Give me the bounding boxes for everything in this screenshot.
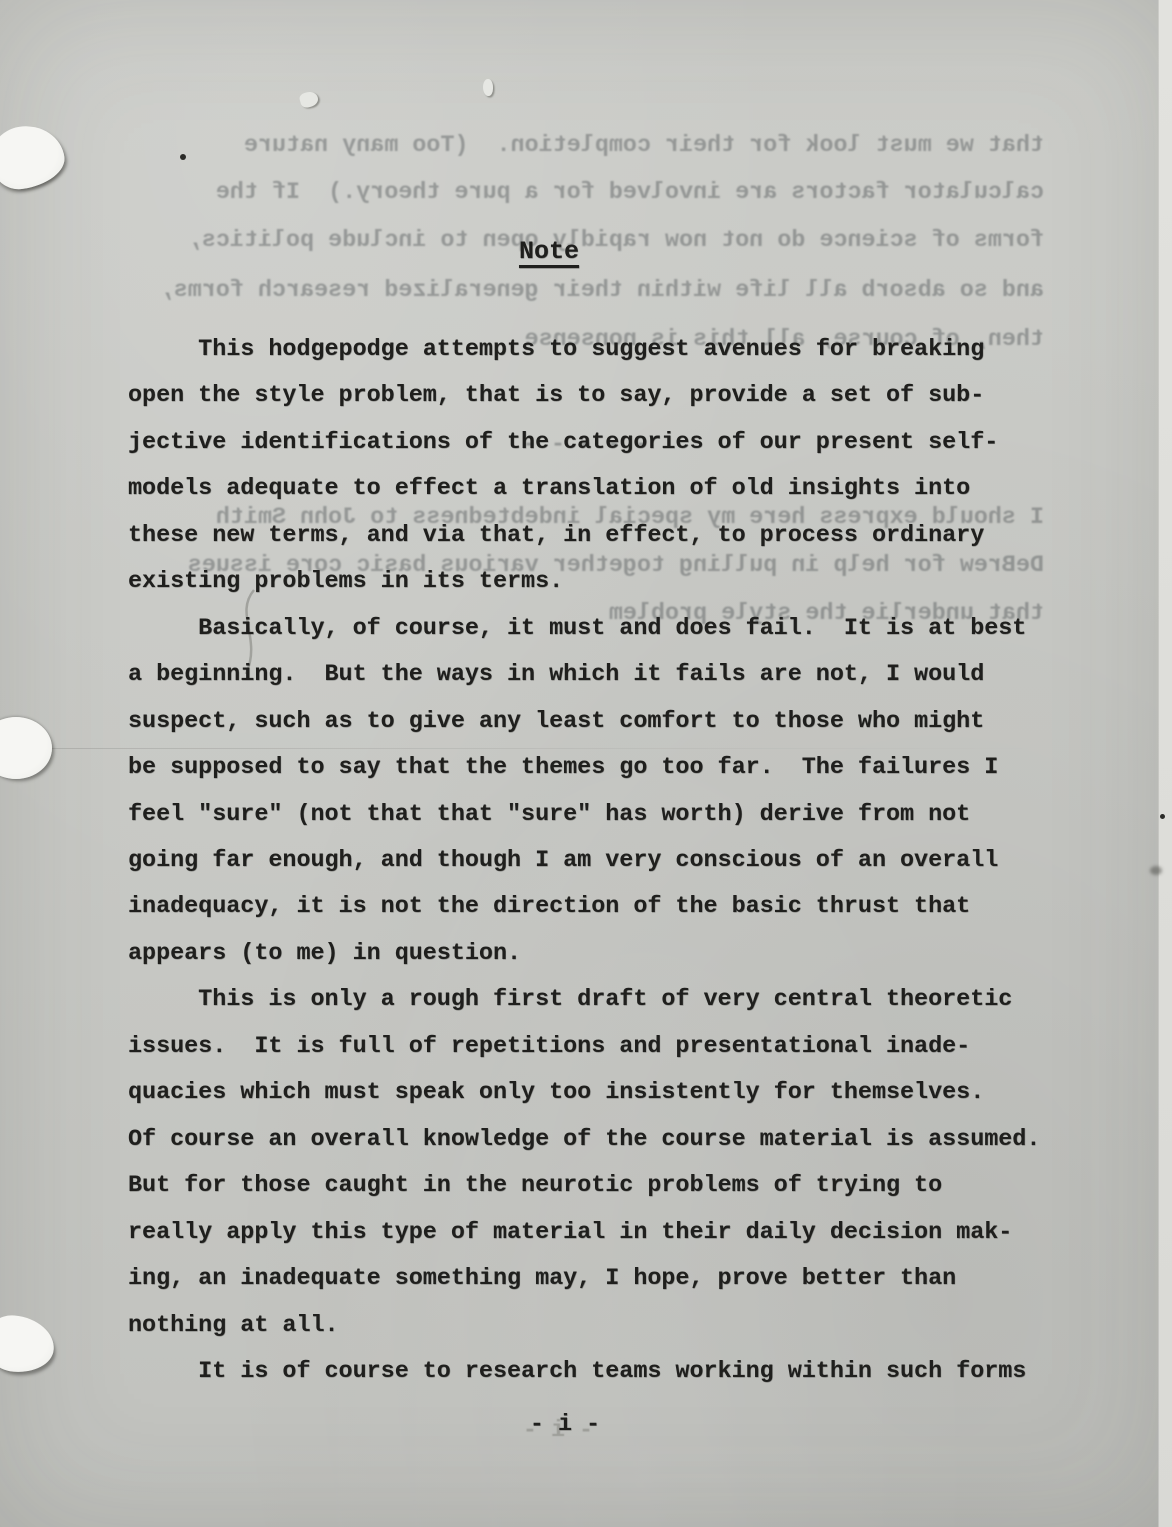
document-body: This hodgepodge attempts to suggest aven… <box>128 327 1072 1395</box>
section-heading: Note <box>0 237 1135 267</box>
typewritten-line: be supposed to say that the themes go to… <box>128 745 1072 791</box>
typewritten-line: ing, an inadequate something may, I hope… <box>128 1256 1072 1302</box>
typewritten-line: jective identifications of the categorie… <box>128 420 1072 466</box>
typewritten-line: Of course an overall knowledge of the co… <box>128 1117 1072 1163</box>
typewritten-line: models adequate to effect a translation … <box>128 466 1072 512</box>
punch-hole-middle <box>0 717 52 779</box>
typewritten-line: feel "sure" (not that that "sure" has wo… <box>128 792 1072 838</box>
typewritten-line: appears (to me) in question. <box>128 931 1072 977</box>
typewritten-line: This is only a rough first draft of very… <box>128 977 1072 1023</box>
typewritten-line: existing problems in its terms. <box>128 559 1072 605</box>
scanned-typewritten-page: that we must look for their completion. … <box>0 0 1172 1527</box>
ink-speck <box>180 154 186 160</box>
typewritten-line: really apply this type of material in th… <box>128 1210 1072 1256</box>
typewritten-line: inadequacy, it is not the direction of t… <box>128 884 1072 930</box>
torn-punch-hole-top <box>0 121 68 193</box>
ghost-bleedthrough-line: calculator factors are involved for a pu… <box>128 178 1044 208</box>
paper-edge <box>1158 0 1172 1527</box>
typewritten-line: It is of course to research teams workin… <box>128 1349 1072 1395</box>
typewritten-line: But for those caught in the neurotic pro… <box>128 1163 1072 1209</box>
typewritten-line: This hodgepodge attempts to suggest aven… <box>128 327 1072 373</box>
typewritten-line: these new terms, and via that, in effect… <box>128 513 1072 559</box>
paper-emboss-mark <box>483 79 493 96</box>
ink-speck <box>1160 814 1165 819</box>
typewritten-line: nothing at all. <box>128 1303 1072 1349</box>
ink-smudge <box>1150 866 1162 875</box>
typewritten-line: issues. It is full of repetitions and pr… <box>128 1024 1072 1070</box>
typewritten-line: open the style problem, that is to say, … <box>128 373 1072 419</box>
torn-punch-hole-bottom <box>0 1313 56 1375</box>
typewritten-line: Basically, of course, it must and does f… <box>128 606 1072 652</box>
ghost-bleedthrough-line: that we must look for their completion. … <box>128 131 1044 161</box>
typewritten-line: quacies which must speak only too insist… <box>128 1070 1072 1116</box>
ghost-bleedthrough-line: and so absorb all life within their gene… <box>128 276 1044 306</box>
page-number: - i - <box>0 1412 1151 1438</box>
typewritten-line: going far enough, and though I am very c… <box>128 838 1072 884</box>
typewritten-line: a beginning. But the ways in which it fa… <box>128 652 1072 698</box>
typewritten-line: suspect, such as to give any least comfo… <box>128 699 1072 745</box>
